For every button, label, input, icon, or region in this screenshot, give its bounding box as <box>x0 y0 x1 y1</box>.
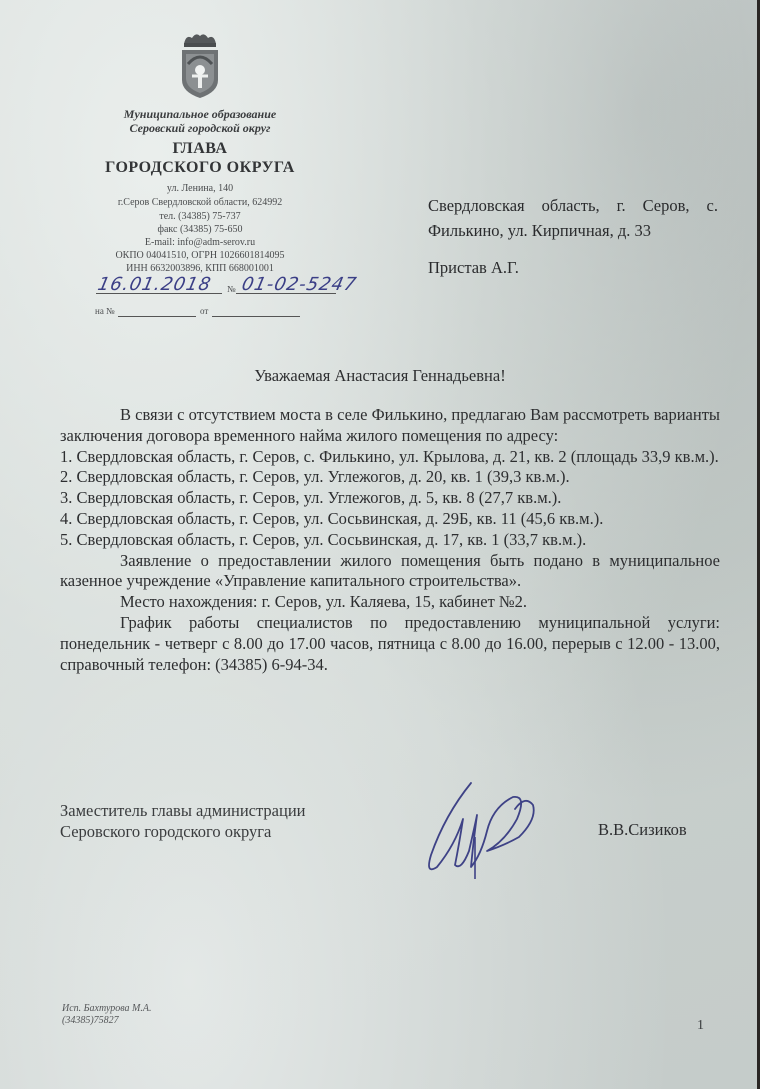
option-3: 3. Свердловская область, г. Серов, ул. У… <box>60 488 720 509</box>
executor-name: Исп. Бахтурова М.А. <box>62 1003 152 1015</box>
addressee-address: Свердловская область, г. Серов, с. Фильк… <box>428 193 718 243</box>
signatory-name: В.В.Сизиков <box>598 820 687 840</box>
letterhead-street: ул. Ленина, 140 <box>70 183 330 195</box>
letterhead-okpo-ogrn: ОКПО 04041510, ОГРН 1026601814095 <box>70 250 330 262</box>
registration-number-label: № <box>227 284 236 294</box>
option-4: 4. Свердловская область, г. Серов, ул. С… <box>60 509 720 530</box>
letter-body: В связи с отсутствием моста в селе Фильк… <box>60 405 720 675</box>
handwritten-signature-icon <box>425 775 550 885</box>
letterhead-phone: тел. (34385) 75-737 <box>70 211 330 223</box>
addressee-name: Пристав А.Г. <box>428 258 519 278</box>
letterhead-title-line1: ГЛАВА <box>70 140 330 158</box>
letterhead-title-line2: ГОРОДСКОГО ОКРУГА <box>70 159 330 177</box>
intro-paragraph: В связи с отсутствием моста в селе Фильк… <box>60 405 720 447</box>
executor-phone: (34385)75827 <box>62 1015 152 1027</box>
signatory-position-line1: Заместитель главы администрации <box>60 800 306 821</box>
option-5: 5. Свердловская область, г. Серов, ул. С… <box>60 530 720 551</box>
signatory-position: Заместитель главы администрации Серовско… <box>60 800 306 842</box>
number-underline <box>236 293 336 294</box>
ref-from-underline <box>212 316 300 317</box>
salutation: Уважаемая Анастасия Геннадьевна! <box>0 366 760 386</box>
serov-coat-of-arms-icon <box>170 30 230 100</box>
org-name-line1: Муниципальное образование <box>70 107 330 121</box>
org-name-line2: Серовский городской округ <box>70 121 330 135</box>
application-paragraph: Заявление о предоставлении жилого помеще… <box>60 551 720 593</box>
letterhead-fax: факс (34385) 75-650 <box>70 224 330 236</box>
date-underline <box>96 293 222 294</box>
registration-number: 01-02-5247 <box>240 274 359 295</box>
executor-info: Исп. Бахтурова М.А. (34385)75827 <box>62 1003 152 1027</box>
registration-date: 16.01.2018 <box>96 274 214 295</box>
location-paragraph: Место нахождения: г. Серов, ул. Каляева,… <box>60 592 720 613</box>
letter-page: Муниципальное образование Серовский горо… <box>0 0 757 1089</box>
ref-number-underline <box>118 316 196 317</box>
option-1: 1. Свердловская область, г. Серов, с. Фи… <box>60 447 720 468</box>
letterhead-city: г.Серов Свердловской области, 624992 <box>70 197 330 209</box>
letterhead-email: E-mail: info@adm-serov.ru <box>70 237 330 249</box>
page-number: 1 <box>697 1018 704 1034</box>
schedule-paragraph: График работы специалистов по предоставл… <box>60 613 720 675</box>
option-2: 2. Свердловская область, г. Серов, ул. У… <box>60 467 720 488</box>
ref-from-label: от <box>200 306 208 316</box>
ref-number-label: на № <box>95 306 115 316</box>
signatory-position-line2: Серовского городского округа <box>60 821 306 842</box>
